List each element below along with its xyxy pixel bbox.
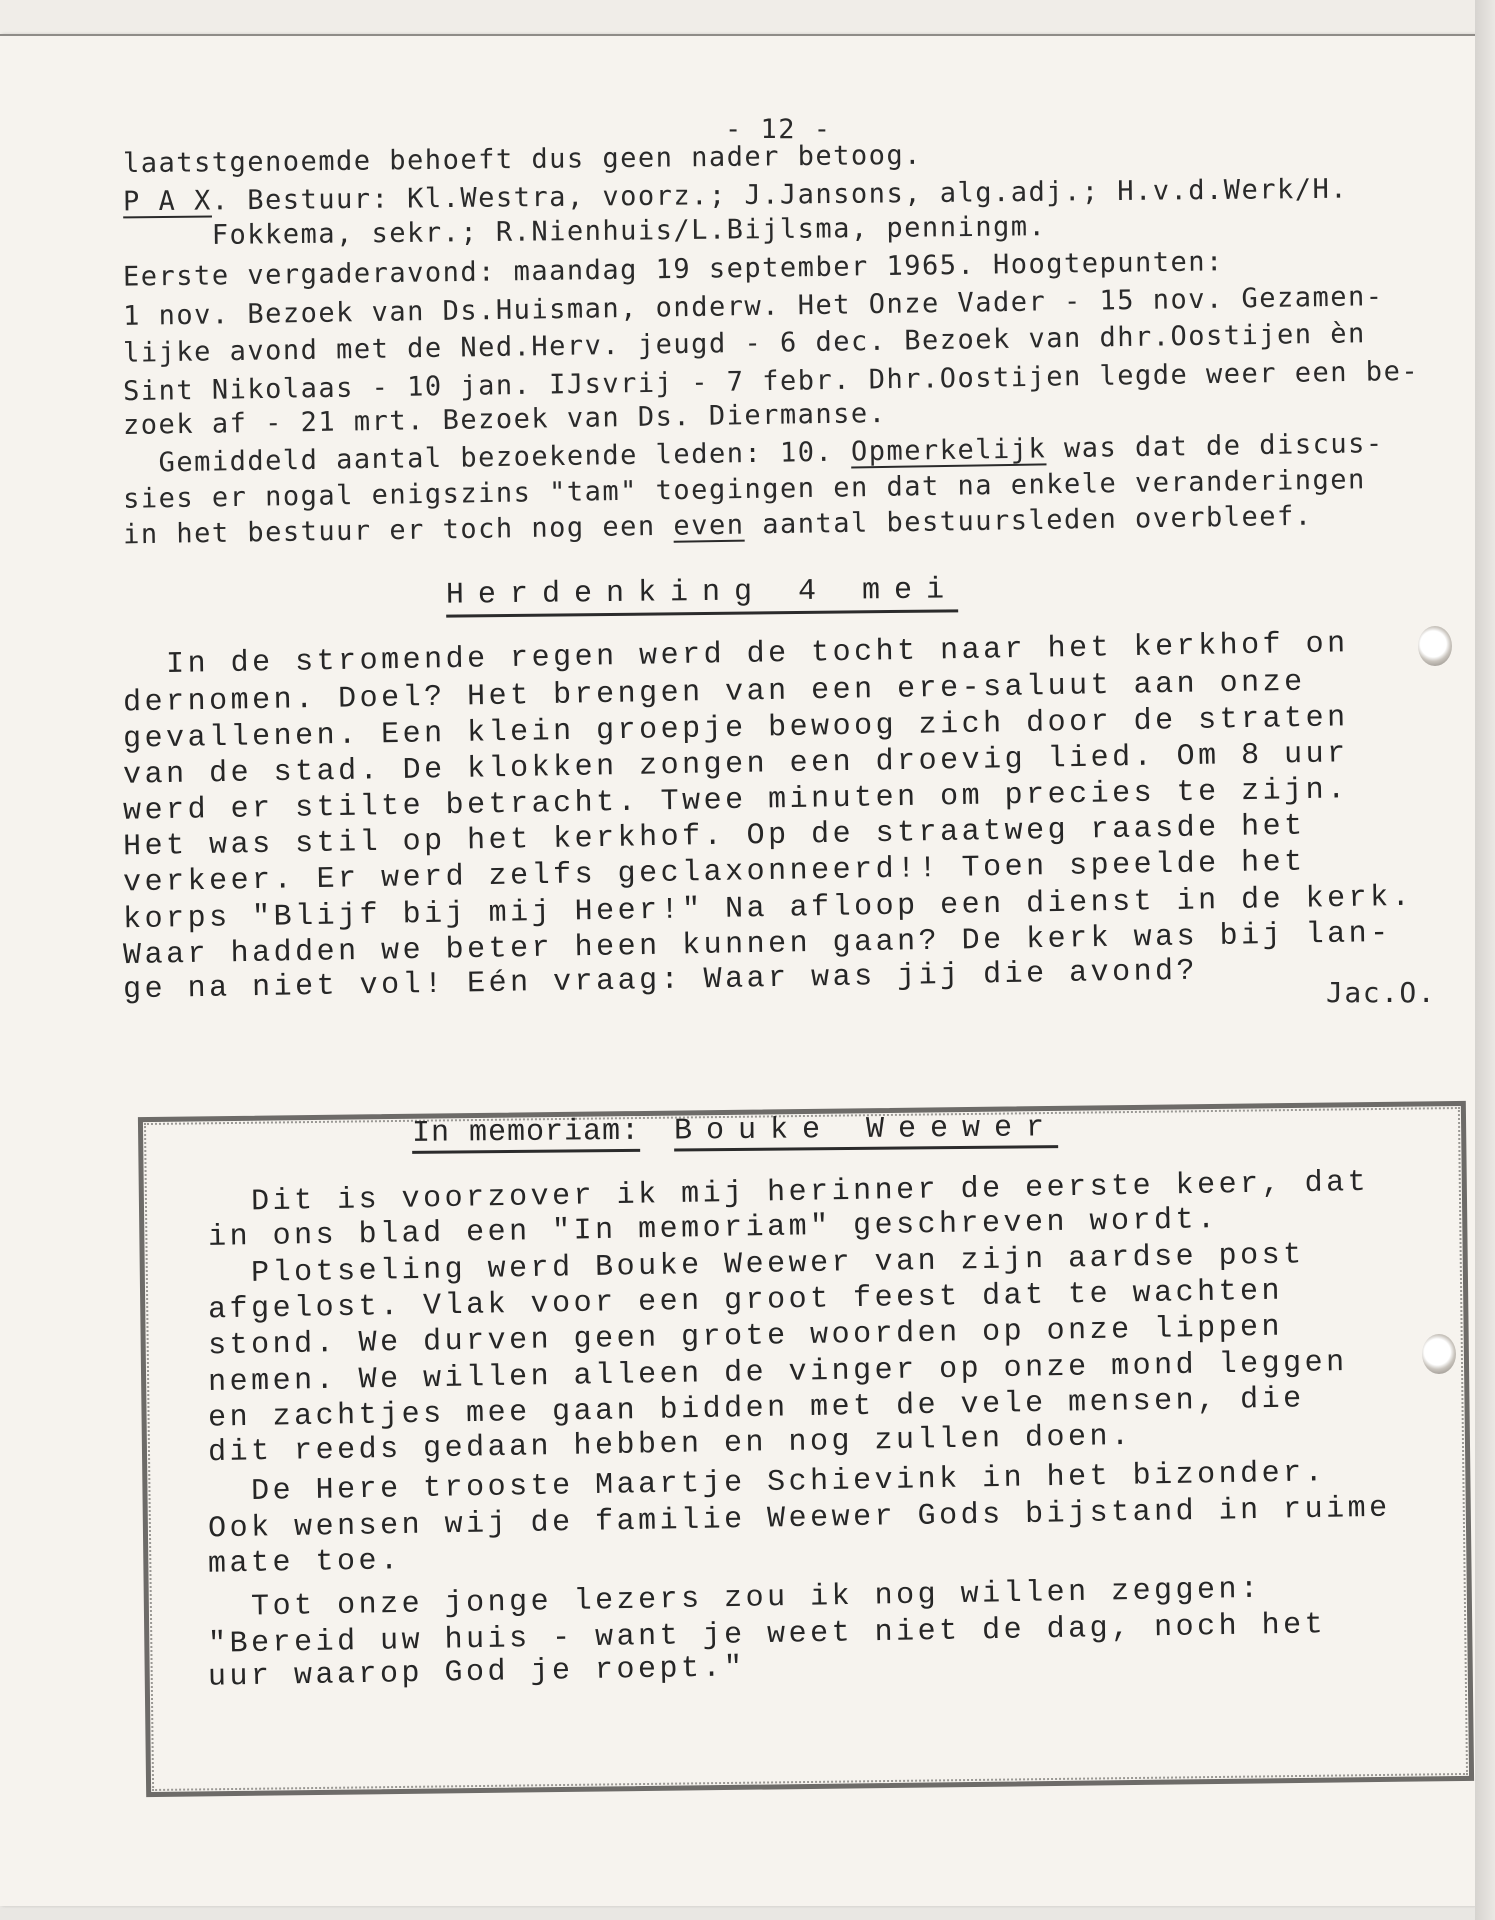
section-heading: Herdenking 4 mei [446,573,958,617]
text-segment: in het bestuur er toch nog een [123,511,674,551]
pax-label: P A X [123,185,212,217]
document-page: - 12 - laatstgenoemde behoeft dus geen n… [0,34,1475,1906]
text-line: laatstgenoemde behoeft dus geen nader be… [123,140,922,179]
scan-top-edge [0,0,1495,34]
binder-hole [1418,626,1452,666]
signature: Jac.O. [1326,976,1436,1009]
text-segment: Gemiddeld aantal bezoekende leden: 10. [123,436,851,478]
underlined-word: Opmerkelijk [851,433,1047,467]
pax-bestuur-text: . Bestuur: Kl.Westra, voorz.; J.Jansons,… [212,174,1349,217]
underlined-word: even [673,510,745,542]
memoriam-heading: In memoriam:Bouke Weewer [412,1111,1058,1151]
text-segment: aantal bestuursleden overbleef. [744,501,1313,541]
text-segment: was dat de discus- [1046,428,1384,464]
memoriam-name: Bouke Weewer [674,1111,1058,1151]
text-line: mate toe. [208,1544,402,1581]
memoriam-label: In memoriam: [412,1115,640,1154]
scan-right-edge [1475,0,1495,1920]
pax-bestuur-line: P A X. Bestuur: Kl.Westra, voorz.; J.Jan… [123,174,1348,218]
text-line: Fokkema, sekr.; R.Nienhuis/L.Bijlsma, pe… [123,211,1047,252]
